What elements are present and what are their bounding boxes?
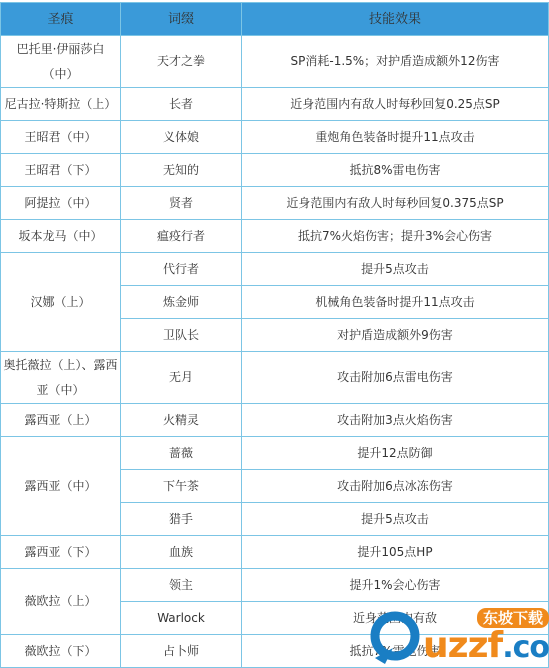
stigma-cell: 露西亚（上）	[1, 404, 121, 437]
table-row: 王昭君（中） 义体娘 重炮角色装备时提升11点攻击	[1, 121, 549, 154]
table-row: 王昭君（下） 无知的 抵抗8%雷电伤害	[1, 154, 549, 187]
effect-cell: 提升12点防御	[242, 437, 549, 470]
affix-cell: 瘟疫行者	[121, 220, 242, 253]
affix-cell: 领主	[121, 569, 242, 602]
table-row: 奥托薇拉（上）、露西亚（中） 无月 攻击附加6点雷电伤害	[1, 352, 549, 404]
table-row: 露西亚（下） 血族 提升105点HP	[1, 536, 549, 569]
affix-cell: 无知的	[121, 154, 242, 187]
affix-cell: 代行者	[121, 253, 242, 286]
header-row: 圣痕 词缀 技能效果	[1, 3, 549, 36]
affix-cell: 猎手	[121, 503, 242, 536]
affix-cell: Warlock	[121, 602, 242, 635]
table-row: 尼古拉·特斯拉（上） 长者 近身范围内有敌人时每秒回复0.25点SP	[1, 88, 549, 121]
effect-cell: 近身范围内有敌	[242, 602, 549, 635]
effect-cell: 近身范围内有敌人时每秒回复0.25点SP	[242, 88, 549, 121]
effect-cell: 对护盾造成额外9伤害	[242, 319, 549, 352]
effect-cell: 提升5点攻击	[242, 503, 549, 536]
header-effect: 技能效果	[242, 3, 549, 36]
affix-cell: 天才之拳	[121, 36, 242, 88]
affix-cell: 占卜师	[121, 635, 242, 668]
effect-cell: 攻击附加6点雷电伤害	[242, 352, 549, 404]
effect-cell: 提升1%会心伤害	[242, 569, 549, 602]
stigma-cell: 坂本龙马（中）	[1, 220, 121, 253]
stigma-cell: 阿提拉（中）	[1, 187, 121, 220]
stigma-cell: 奥托薇拉（上）、露西亚（中）	[1, 352, 121, 404]
effect-cell: 提升5点攻击	[242, 253, 549, 286]
stigma-affix-table: 圣痕 词缀 技能效果 巴托里·伊丽莎白（中） 天才之拳 SP消耗-1.5%；对护…	[0, 2, 549, 668]
stigma-cell: 露西亚（下）	[1, 536, 121, 569]
affix-cell: 无月	[121, 352, 242, 404]
effect-cell: 机械角色装备时提升11点攻击	[242, 286, 549, 319]
affix-cell: 长者	[121, 88, 242, 121]
table-row: 露西亚（中） 蔷薇 提升12点防御	[1, 437, 549, 470]
affix-cell: 血族	[121, 536, 242, 569]
effect-cell: 抵抗8%雷电伤害	[242, 154, 549, 187]
effect-cell: 攻击附加6点冰冻伤害	[242, 470, 549, 503]
affix-cell: 炼金师	[121, 286, 242, 319]
table-row: 汉娜（上） 代行者 提升5点攻击	[1, 253, 549, 286]
stigma-cell: 薇欧拉（上）	[1, 569, 121, 635]
stigma-cell: 露西亚（中）	[1, 437, 121, 536]
effect-cell: SP消耗-1.5%；对护盾造成额外12伤害	[242, 36, 549, 88]
effect-cell: 提升105点HP	[242, 536, 549, 569]
stigma-cell: 王昭君（中）	[1, 121, 121, 154]
affix-cell: 义体娘	[121, 121, 242, 154]
effect-cell: 抵抗7%雷电伤害	[242, 635, 549, 668]
header-affix: 词缀	[121, 3, 242, 36]
table-row: 薇欧拉（上） 领主 提升1%会心伤害	[1, 569, 549, 602]
affix-cell: 贤者	[121, 187, 242, 220]
effect-cell: 近身范围内有敌人时每秒回复0.375点SP	[242, 187, 549, 220]
table-row: 坂本龙马（中） 瘟疫行者 抵抗7%火焰伤害；提升3%会心伤害	[1, 220, 549, 253]
table-row: 巴托里·伊丽莎白（中） 天才之拳 SP消耗-1.5%；对护盾造成额外12伤害	[1, 36, 549, 88]
stigma-cell: 王昭君（下）	[1, 154, 121, 187]
affix-cell: 火精灵	[121, 404, 242, 437]
stigma-cell: 尼古拉·特斯拉（上）	[1, 88, 121, 121]
stigma-cell: 汉娜（上）	[1, 253, 121, 352]
effect-cell: 抵抗7%火焰伤害；提升3%会心伤害	[242, 220, 549, 253]
effect-cell: 重炮角色装备时提升11点攻击	[242, 121, 549, 154]
table-row: 露西亚（上） 火精灵 攻击附加3点火焰伤害	[1, 404, 549, 437]
table-row: 薇欧拉（下） 占卜师 抵抗7%雷电伤害	[1, 635, 549, 668]
stigma-cell: 巴托里·伊丽莎白（中）	[1, 36, 121, 88]
effect-cell: 攻击附加3点火焰伤害	[242, 404, 549, 437]
affix-cell: 蔷薇	[121, 437, 242, 470]
affix-cell: 下午茶	[121, 470, 242, 503]
stigma-cell: 薇欧拉（下）	[1, 635, 121, 668]
affix-cell: 卫队长	[121, 319, 242, 352]
table-row: 阿提拉（中） 贤者 近身范围内有敌人时每秒回复0.375点SP	[1, 187, 549, 220]
header-stigma: 圣痕	[1, 3, 121, 36]
